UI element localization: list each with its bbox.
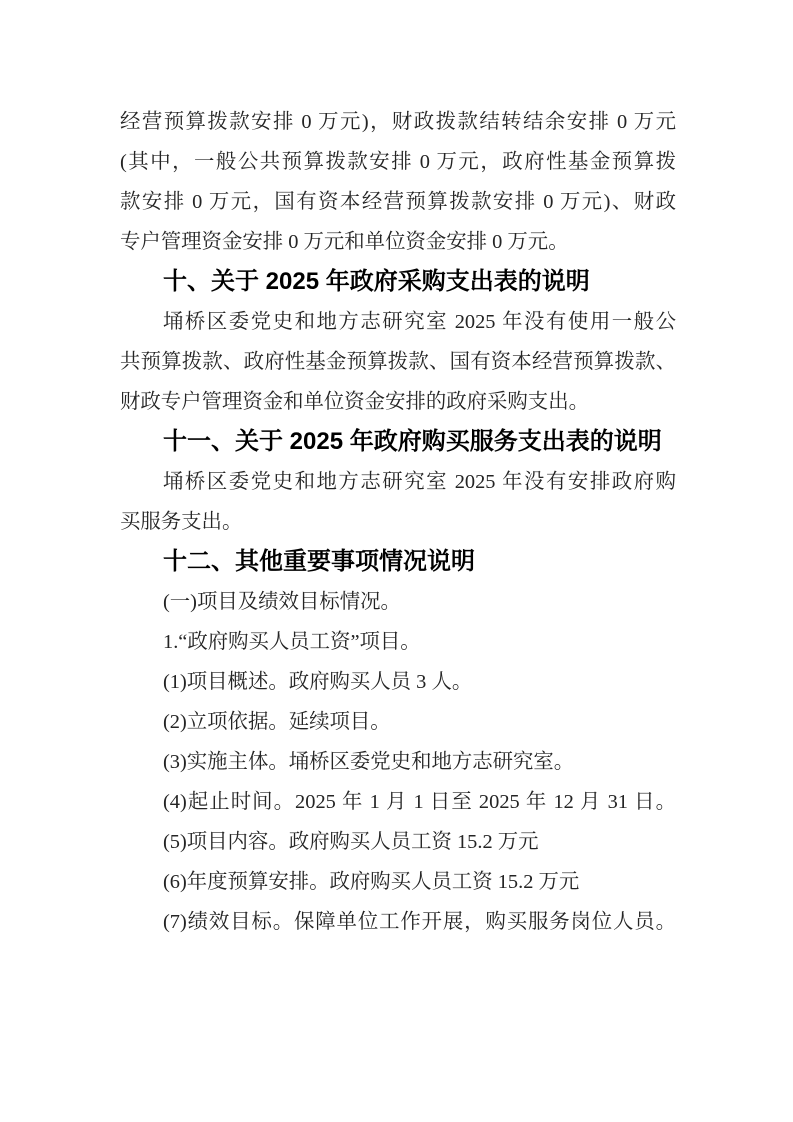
text-line: 经营预算拨款安排 0 万元)，财政拨款结转结余安排 0 万元: [120, 102, 676, 142]
text-line: 财政专户管理资金和单位资金安排的政府采购支出。: [120, 382, 676, 422]
text-line: (3)实施主体。埇桥区委党史和地方志研究室。: [120, 742, 676, 782]
text-line: 1.“政府购买人员工资”项目。: [120, 622, 676, 662]
text-line: (7)绩效目标。保障单位工作开展，购买服务岗位人员。: [120, 902, 676, 942]
text-line: 专户管理资金安排 0 万元和单位资金安排 0 万元。: [120, 222, 676, 262]
text-line: 共预算拨款、政府性基金预算拨款、国有资本经营预算拨款、: [120, 342, 676, 382]
text-line: (4)起止时间。2025 年 1 月 1 日至 2025 年 12 月 31 日…: [120, 782, 676, 822]
text-line: (6)年度预算安排。政府购买人员工资 15.2 万元: [120, 862, 676, 902]
text-line: 埇桥区委党史和地方志研究室 2025 年没有安排政府购: [120, 462, 676, 502]
text-line: 埇桥区委党史和地方志研究室 2025 年没有使用一般公: [120, 302, 676, 342]
document-page: 经营预算拨款安排 0 万元)，财政拨款结转结余安排 0 万元(其中，一般公共预算…: [0, 0, 793, 1122]
text-line: 款安排 0 万元，国有资本经营预算拨款安排 0 万元)、财政: [120, 182, 676, 222]
text-line: (一)项目及绩效目标情况。: [120, 582, 676, 622]
text-line: 买服务支出。: [120, 502, 676, 542]
text-line: (2)立项依据。延续项目。: [120, 702, 676, 742]
text-line: (5)项目内容。政府购买人员工资 15.2 万元: [120, 822, 676, 862]
document-body: 经营预算拨款安排 0 万元)，财政拨款结转结余安排 0 万元(其中，一般公共预算…: [120, 102, 676, 942]
section-heading: 十一、关于 2025 年政府购买服务支出表的说明: [120, 422, 676, 462]
section-heading: 十、关于 2025 年政府采购支出表的说明: [120, 262, 676, 302]
text-line: (1)项目概述。政府购买人员 3 人。: [120, 662, 676, 702]
section-heading: 十二、其他重要事项情况说明: [120, 542, 676, 582]
text-line: (其中，一般公共预算拨款安排 0 万元，政府性基金预算拨: [120, 142, 676, 182]
